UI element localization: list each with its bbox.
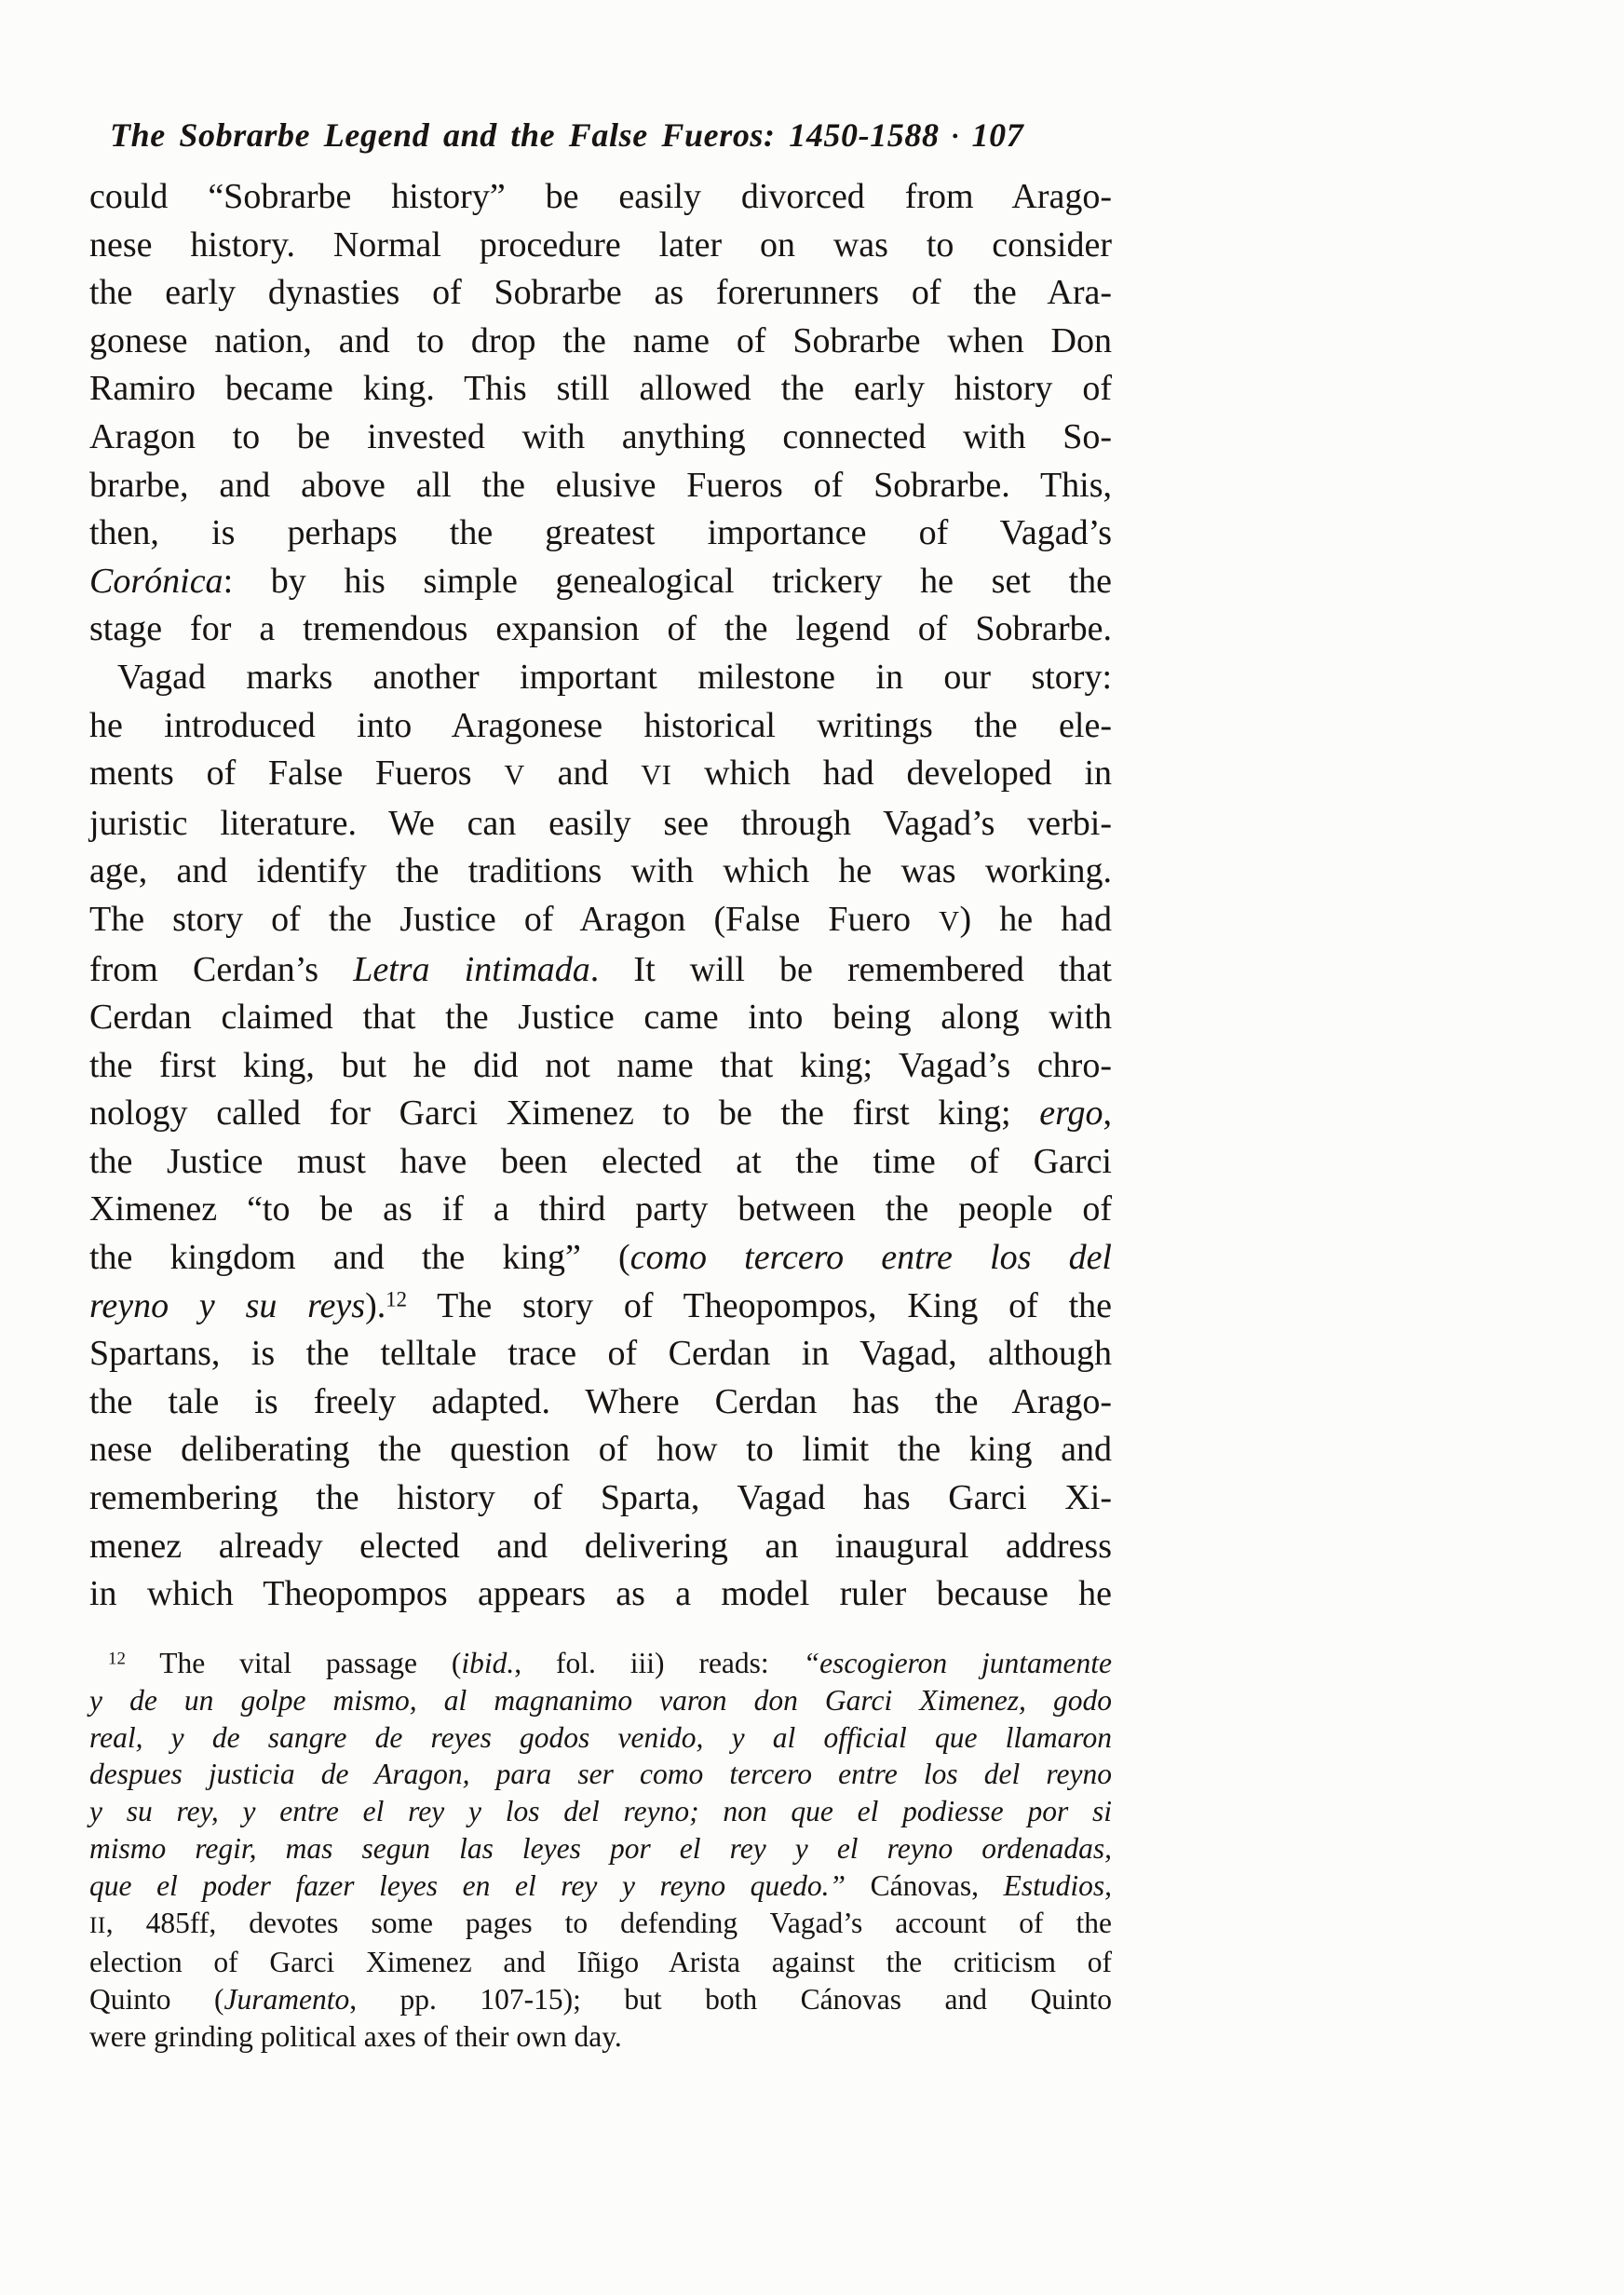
text-line: the kingdom and the king” (como tercero … bbox=[89, 1234, 1112, 1283]
text-line: despues justicia de Aragon, para ser com… bbox=[89, 1756, 1112, 1793]
text-segment: The story of the Justice of Aragon (Fals… bbox=[89, 900, 939, 939]
text-line: que el poder fazer leyes en el rey y rey… bbox=[89, 1867, 1112, 1905]
text-segment: Aragon to be invested with anything conn… bbox=[89, 417, 1112, 456]
text-line: juristic literature. We can easily see t… bbox=[89, 800, 1112, 849]
text-segment: ibid. bbox=[461, 1647, 514, 1679]
text-line: ii, 485ff, devotes some pages to defendi… bbox=[89, 1905, 1112, 1945]
text-segment: the tale is freely adapted. Where Cerdan… bbox=[89, 1382, 1112, 1421]
text-segment: ergo bbox=[1039, 1093, 1103, 1133]
text-line: Quinto (Juramento, pp. 107-15); but both… bbox=[89, 1981, 1112, 2018]
text-line: brarbe, and above all the elusive Fueros… bbox=[89, 462, 1112, 510]
text-segment: ). bbox=[365, 1286, 386, 1325]
text-line: from Cerdan’s Letra intimada. It will be… bbox=[89, 946, 1112, 995]
body-text: could “Sobrarbe history” be easily divor… bbox=[89, 173, 1112, 1619]
text-line: he introduced into Aragonese historical … bbox=[89, 702, 1112, 751]
text-segment: Juramento bbox=[223, 1983, 349, 2016]
book-page: The Sobrarbe Legend and the False Fueros… bbox=[0, 0, 1624, 2295]
text-line: the first king, but he did not name that… bbox=[89, 1042, 1112, 1091]
text-segment: he introduced into Aragonese historical … bbox=[89, 706, 1112, 745]
text-segment: the early dynasties of Sobrarbe as forer… bbox=[89, 273, 1112, 312]
text-segment: . It will be remembered that bbox=[590, 950, 1112, 989]
text-segment: then, is perhaps the greatest importance… bbox=[89, 513, 1112, 552]
text-segment: could “Sobrarbe history” be easily divor… bbox=[89, 177, 1112, 216]
text-segment: v bbox=[504, 759, 524, 791]
text-line: Ramiro became king. This still allowed t… bbox=[89, 365, 1112, 414]
text-segment: y de un golpe mismo, al magnanimo varon … bbox=[89, 1684, 1112, 1717]
page-number: 107 bbox=[972, 116, 1024, 154]
text-segment: : by his simple genealogical trickery he… bbox=[223, 562, 1112, 601]
text-segment: que el poder fazer leyes en el rey y rey… bbox=[89, 1869, 846, 1902]
text-segment: y su rey, y entre el rey y los del reyno… bbox=[89, 1795, 1112, 1827]
text-segment: , pp. 107-15); but both Cánovas and Quin… bbox=[349, 1983, 1112, 2016]
text-line: Cerdan claimed that the Justice came int… bbox=[89, 994, 1112, 1042]
text-line: Ximenez “to be as if a third party betwe… bbox=[89, 1186, 1112, 1234]
text-line: ments of False Fueros v and vi which had… bbox=[89, 750, 1112, 800]
text-segment: Cerdan claimed that the Justice came int… bbox=[89, 998, 1112, 1037]
text-segment: juristic literature. We can easily see t… bbox=[89, 804, 1112, 843]
text-segment: “escogieron juntamente bbox=[804, 1647, 1112, 1679]
text-line: in which Theopompos appears as a model r… bbox=[89, 1570, 1112, 1619]
text-segment: Ramiro became king. This still allowed t… bbox=[89, 369, 1112, 408]
text-line: reyno y su reys).12 The story of Theopom… bbox=[89, 1283, 1112, 1331]
text-line: were grinding political axes of their ow… bbox=[89, 2018, 1112, 2056]
text-segment: Spartans, is the telltale trace of Cerda… bbox=[89, 1334, 1112, 1373]
text-line: remembering the history of Sparta, Vagad… bbox=[89, 1474, 1112, 1523]
text-segment: which had developed in bbox=[671, 754, 1112, 793]
text-line: Aragon to be invested with anything conn… bbox=[89, 414, 1112, 462]
text-line: y de un golpe mismo, al magnanimo varon … bbox=[89, 1682, 1112, 1719]
text-line: 12 The vital passage (ibid., fol. iii) r… bbox=[89, 1645, 1112, 1682]
text-line: gonese nation, and to drop the name of S… bbox=[89, 318, 1112, 366]
text-segment: 12 bbox=[386, 1287, 407, 1310]
text-line: Spartans, is the telltale trace of Cerda… bbox=[89, 1330, 1112, 1378]
text-segment: nese deliberating the question of how to… bbox=[89, 1430, 1112, 1469]
text-line: age, and identify the traditions with wh… bbox=[89, 848, 1112, 896]
text-segment: vi bbox=[641, 759, 671, 791]
text-line: election of Garci Ximenez and Iñigo Aris… bbox=[89, 1944, 1112, 1981]
text-segment: mismo regir, mas segun las leyes por el … bbox=[89, 1832, 1112, 1865]
text-segment: The story of Theopompos, King of the bbox=[407, 1286, 1112, 1325]
text-line: the Justice must have been elected at th… bbox=[89, 1138, 1112, 1187]
text-segment: the kingdom and the king” ( bbox=[89, 1238, 630, 1277]
text-segment: and bbox=[525, 754, 641, 793]
text-segment: 12 bbox=[108, 1650, 126, 1669]
text-line: menez already elected and delivering an … bbox=[89, 1523, 1112, 1571]
text-segment: Letra intimada bbox=[353, 950, 590, 989]
text-segment: menez already elected and delivering an … bbox=[89, 1527, 1112, 1566]
text-segment: v bbox=[939, 905, 959, 937]
text-line: nology called for Garci Ximenez to be th… bbox=[89, 1090, 1112, 1138]
text-segment: age, and identify the traditions with wh… bbox=[89, 851, 1112, 890]
text-segment: election of Garci Ximenez and Iñigo Aris… bbox=[89, 1946, 1112, 1978]
text-segment: real, y de sangre de reyes godos venido,… bbox=[89, 1721, 1112, 1754]
text-segment: despues justicia de Aragon, para ser com… bbox=[89, 1758, 1112, 1790]
text-line: Corónica: by his simple genealogical tri… bbox=[89, 558, 1112, 606]
text-segment: , bbox=[1103, 1093, 1113, 1133]
running-header: The Sobrarbe Legend and the False Fueros… bbox=[110, 115, 1134, 155]
text-line: could “Sobrarbe history” be easily divor… bbox=[89, 173, 1112, 222]
text-line: Vagad marks another important milestone … bbox=[89, 654, 1112, 702]
text-segment: nese history. Normal procedure later on … bbox=[89, 225, 1112, 265]
footnote: 12 The vital passage (ibid., fol. iii) r… bbox=[89, 1645, 1112, 2056]
text-segment: , fol. iii) reads: bbox=[514, 1647, 803, 1679]
text-segment: ) he had bbox=[960, 900, 1112, 939]
text-line: the early dynasties of Sobrarbe as forer… bbox=[89, 269, 1112, 318]
text-line: The story of the Justice of Aragon (Fals… bbox=[89, 896, 1112, 946]
running-header-title: The Sobrarbe Legend and the False Fueros… bbox=[110, 116, 940, 154]
text-segment: , 485ff, devotes some pages to defending… bbox=[106, 1907, 1112, 1939]
text-segment: ments of False Fueros bbox=[89, 754, 504, 793]
text-segment: Quinto ( bbox=[89, 1983, 223, 2016]
text-segment: Cánovas, bbox=[846, 1869, 1004, 1902]
text-line: the tale is freely adapted. Where Cerdan… bbox=[89, 1378, 1112, 1427]
text-segment: Vagad marks another important milestone … bbox=[117, 658, 1112, 697]
text-segment: stage for a tremendous expansion of the … bbox=[89, 609, 1112, 648]
text-line: nese history. Normal procedure later on … bbox=[89, 222, 1112, 270]
text-segment: como tercero entre los del bbox=[630, 1238, 1112, 1277]
text-segment: were grinding political axes of their ow… bbox=[89, 2020, 622, 2053]
text-segment: remembering the history of Sparta, Vagad… bbox=[89, 1478, 1112, 1517]
text-segment: the first king, but he did not name that… bbox=[89, 1046, 1112, 1085]
text-segment: brarbe, and above all the elusive Fueros… bbox=[89, 466, 1112, 505]
text-segment: Estudios, bbox=[1004, 1869, 1112, 1902]
text-segment: Ximenez “to be as if a third party betwe… bbox=[89, 1189, 1112, 1229]
text-segment: nology called for Garci Ximenez to be th… bbox=[89, 1093, 1039, 1133]
text-segment: reyno y su reys bbox=[89, 1286, 365, 1325]
text-segment: from Cerdan’s bbox=[89, 950, 353, 989]
text-segment: in which Theopompos appears as a model r… bbox=[89, 1574, 1112, 1613]
text-line: y su rey, y entre el rey y los del reyno… bbox=[89, 1793, 1112, 1830]
text-segment: ii bbox=[89, 1913, 106, 1938]
text-line: nese deliberating the question of how to… bbox=[89, 1426, 1112, 1474]
header-separator-dot: • bbox=[953, 127, 959, 146]
text-line: real, y de sangre de reyes godos venido,… bbox=[89, 1719, 1112, 1757]
text-line: stage for a tremendous expansion of the … bbox=[89, 605, 1112, 654]
text-segment: gonese nation, and to drop the name of S… bbox=[89, 321, 1112, 360]
text-segment: The vital passage ( bbox=[126, 1647, 461, 1679]
text-segment: the Justice must have been elected at th… bbox=[89, 1142, 1112, 1181]
text-segment: Corónica bbox=[89, 562, 223, 601]
text-line: then, is perhaps the greatest importance… bbox=[89, 509, 1112, 558]
text-line: mismo regir, mas segun las leyes por el … bbox=[89, 1830, 1112, 1867]
